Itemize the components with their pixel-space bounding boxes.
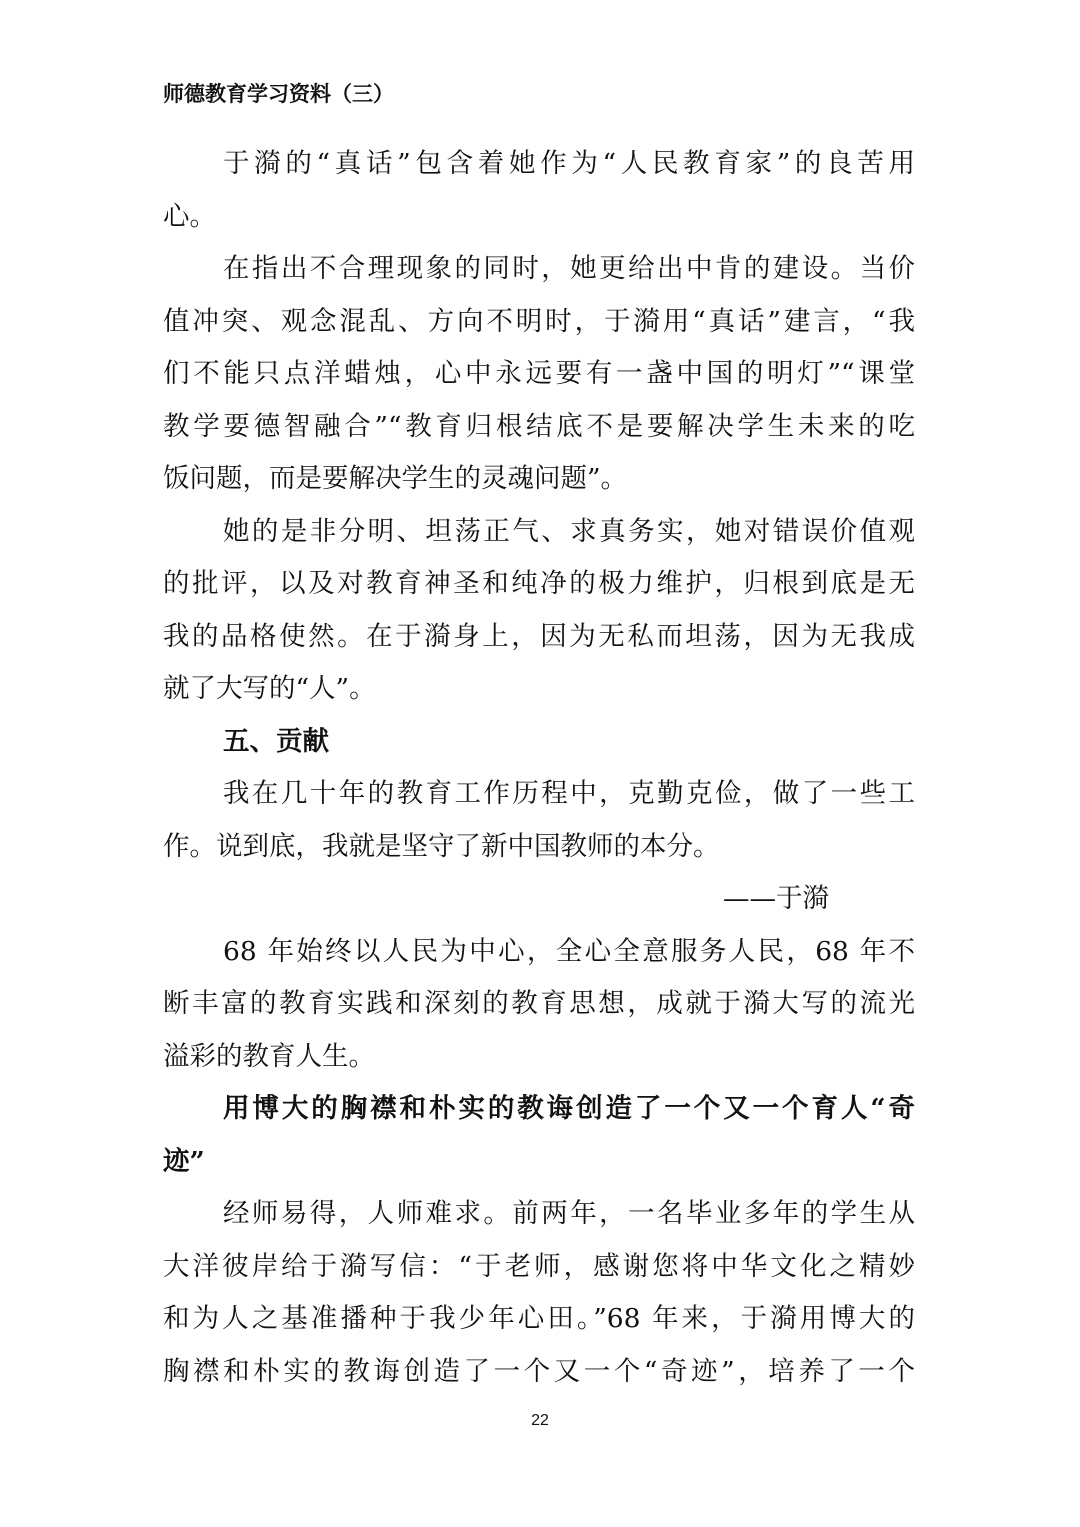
document-header-title: 师德教育学习资料（三） xyxy=(163,78,394,108)
text-line: 的批评，以及对教育神圣和纯净的极力维护，归根到底是无 xyxy=(163,558,915,611)
quote-attribution: ——于漪 xyxy=(163,873,915,926)
quote-line: 我在几十年的教育工作历程中，克勤克俭，做了一些工 xyxy=(163,768,915,821)
text-line: 我的品格使然。在于漪身上，因为无私而坦荡，因为无我成 xyxy=(163,611,915,664)
paragraph: 她的是非分明、坦荡正气、求真务实，她对错误价值观 的批评，以及对教育神圣和纯净的… xyxy=(163,506,915,716)
subheading-text: 迹” xyxy=(163,1136,915,1189)
page-number: 22 xyxy=(0,1412,1080,1430)
text-line: 胸襟和朴实的教诲创造了一个又一个“奇迹”，培养了一个 xyxy=(163,1346,915,1399)
text-line: 们不能只点洋蜡烛，心中永远要有一盏中国的明灯”“课堂 xyxy=(163,348,915,401)
text-line: 就了大写的“人”。 xyxy=(163,663,915,716)
text-line: 经师易得，人师难求。前两年，一名毕业多年的学生从 xyxy=(163,1188,915,1241)
section-heading: 五、贡献 xyxy=(163,716,915,769)
paragraph: 于漪的“真话”包含着她作为“人民教育家”的良苦用 心。 xyxy=(163,138,915,243)
text-line: 饭问题，而是要解决学生的灵魂问题”。 xyxy=(163,453,915,506)
text-line: 心。 xyxy=(163,191,915,244)
subheading: 用博大的胸襟和朴实的教诲创造了一个又一个育人“奇 迹” xyxy=(163,1083,915,1188)
paragraph: 在指出不合理现象的同时，她更给出中肯的建设。当价 值冲突、观念混乱、方向不明时，… xyxy=(163,243,915,506)
quote-line: 作。说到底，我就是坚守了新中国教师的本分。 xyxy=(163,821,915,874)
text-line: 教学要德智融合”“教育归根结底不是要解决学生未来的吃 xyxy=(163,401,915,454)
paragraph: 经师易得，人师难求。前两年，一名毕业多年的学生从 大洋彼岸给于漪写信：“于老师，… xyxy=(163,1188,915,1398)
text-line: 值冲突、观念混乱、方向不明时，于漪用“真话”建言，“我 xyxy=(163,296,915,349)
text-line: 在指出不合理现象的同时，她更给出中肯的建设。当价 xyxy=(163,243,915,296)
text-line: 断丰富的教育实践和深刻的教育思想，成就于漪大写的流光 xyxy=(163,978,915,1031)
document-body: 于漪的“真话”包含着她作为“人民教育家”的良苦用 心。 在指出不合理现象的同时，… xyxy=(163,138,915,1398)
text-line: 溢彩的教育人生。 xyxy=(163,1031,915,1084)
subheading-text: 用博大的胸襟和朴实的教诲创造了一个又一个育人“奇 xyxy=(163,1083,915,1136)
text-line: 她的是非分明、坦荡正气、求真务实，她对错误价值观 xyxy=(163,506,915,559)
text-line: 于漪的“真话”包含着她作为“人民教育家”的良苦用 xyxy=(163,138,915,191)
text-line: 68 年始终以人民为中心，全心全意服务人民，68 年不 xyxy=(163,926,915,979)
paragraph: 68 年始终以人民为中心，全心全意服务人民，68 年不 断丰富的教育实践和深刻的… xyxy=(163,926,915,1084)
text-line: 大洋彼岸给于漪写信：“于老师，感谢您将中华文化之精妙 xyxy=(163,1241,915,1294)
text-line: 和为人之基准播种于我少年心田。”68 年来，于漪用博大的 xyxy=(163,1293,915,1346)
quote-block: 我在几十年的教育工作历程中，克勤克俭，做了一些工 作。说到底，我就是坚守了新中国… xyxy=(163,768,915,926)
section-heading-text: 五、贡献 xyxy=(163,716,915,769)
